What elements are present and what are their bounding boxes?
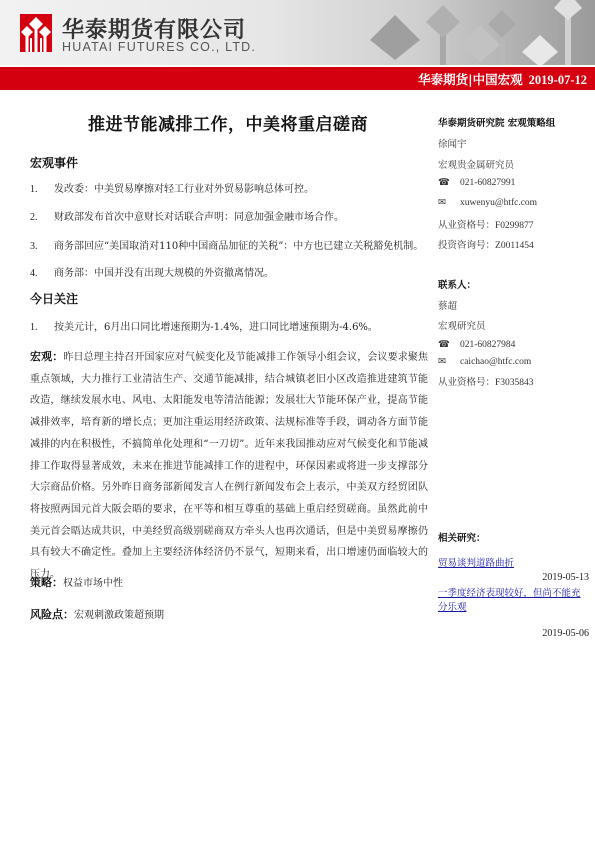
contact-heading: 联系人：: [438, 277, 476, 291]
strategy-value: 权益市场中性: [63, 578, 123, 589]
strategy-label: 策略：: [30, 576, 63, 589]
risk-value: 宏观刺激政策超预期: [74, 610, 164, 621]
contact-title: 宏观研究员: [438, 318, 486, 332]
macro-event-item: 1.发改委：中美贸易摩擦对轻工行业对外贸易影响总体可控。: [30, 180, 314, 195]
risk-label: 风险点：: [30, 608, 74, 621]
phone-icon: ☎: [438, 177, 460, 188]
macro-commentary: 宏观：昨日总理主持召开国家应对气候变化及节能减排工作领导小组会议，会议要求聚焦重…: [30, 346, 428, 586]
analyst-title: 宏观贵金属研究员: [438, 157, 514, 171]
macro-event-item: 3.商务部回应“美国取消对110种中国商品加征的关税”：中方也已建立关税豁免机制…: [30, 237, 423, 252]
macro-event-item: 4.商务部：中国并没有出现大规模的外资撤离情况。: [30, 264, 274, 279]
banner-decoration-icon: [360, 0, 595, 65]
mail-icon: ✉: [438, 197, 460, 208]
macro-commentary-text: 昨日总理主持召开国家应对气候变化及节能减排工作领导小组会议，会议要求聚焦重点领域…: [30, 352, 428, 580]
mail-icon: ✉: [438, 356, 460, 367]
analyst-name: 徐闻宇: [438, 136, 467, 150]
contact-phone: ☎021-60827984: [438, 339, 515, 350]
report-date: 2019-07-12: [529, 73, 587, 87]
research-org: 华泰期货研究院 宏观策略组: [438, 115, 555, 129]
huatai-logo-icon: [20, 14, 52, 52]
analyst-email[interactable]: ✉xuwenyu@htfc.com: [438, 197, 537, 208]
report-category-bar: 华泰期货|中国宏观2019-07-12: [0, 67, 595, 90]
macro-events-heading: 宏观事件: [30, 154, 78, 171]
today-focus-heading: 今日关注: [30, 290, 78, 307]
strategy: 策略：权益市场中性: [30, 574, 123, 590]
related-research-heading: 相关研究：: [438, 530, 486, 544]
related-research-link[interactable]: 一季度经济表现较好，但尚不能充分乐观: [438, 587, 588, 615]
report-title: 推进节能减排工作，中美将重启磋商: [88, 110, 368, 135]
contact-name: 蔡超: [438, 298, 457, 312]
report-category: 华泰期货|中国宏观: [418, 72, 523, 87]
macro-commentary-label: 宏观：: [30, 350, 63, 363]
related-research-date: 2019-05-13: [542, 572, 589, 583]
risk-points: 风险点：宏观刺激政策超预期: [30, 606, 164, 622]
analyst-phone: ☎021-60827991: [438, 177, 515, 188]
contact-license: 从业资格号：F3035843: [438, 374, 534, 388]
related-research-link[interactable]: 贸易谈判道路曲折: [438, 555, 514, 569]
company-name-en: HUATAI FUTURES CO., LTD.: [62, 40, 256, 54]
today-focus-item: 1.按美元计，6月出口同比增速预期为-1.4%，进口同比增速预期为-4.6%。: [30, 318, 378, 333]
macro-event-item: 2.财政部发布首次中意财长对话联合声明：同意加强金融市场合作。: [30, 208, 344, 223]
analyst-license: 从业资格号：F0299877: [438, 217, 534, 231]
phone-icon: ☎: [438, 339, 460, 350]
analyst-advisory-number: 投资咨询号：Z0011454: [438, 237, 534, 251]
header-banner: 华泰期货有限公司 HUATAI FUTURES CO., LTD.: [0, 0, 595, 65]
contact-email[interactable]: ✉caichao@htfc.com: [438, 356, 531, 367]
related-research-date: 2019-05-06: [542, 628, 589, 639]
